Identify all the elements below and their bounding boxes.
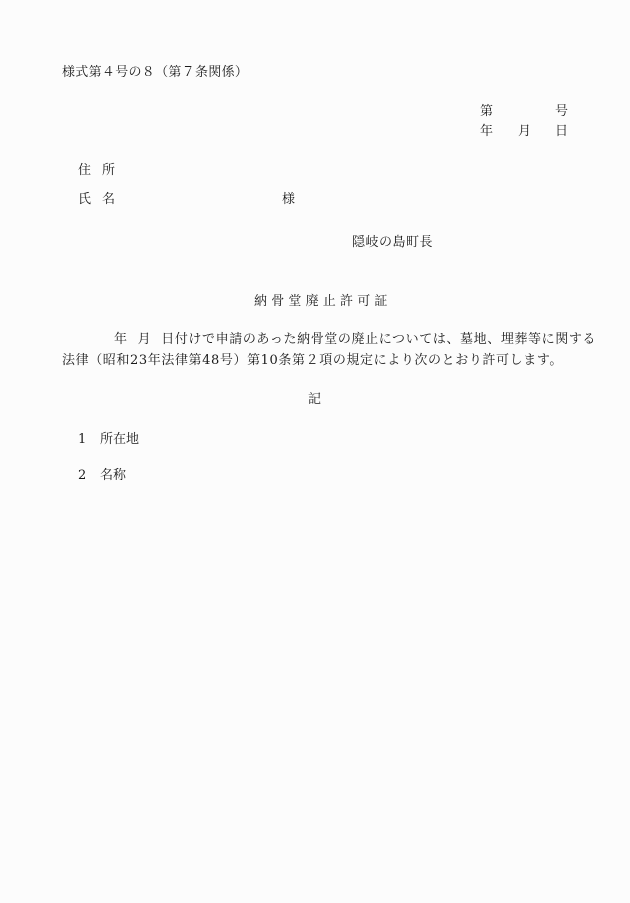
item-number: 1 [78, 432, 100, 448]
item-name: 2名称 [78, 468, 126, 484]
body-year-label: 年 [114, 332, 128, 347]
date-month-label: 月 [518, 124, 531, 140]
recipient-address-label: 住所 [78, 163, 126, 179]
body-text-line-1: 日付けで申請のあった納骨堂の廃止については、墓地、埋葬等に関する [161, 332, 596, 347]
issuer-name: 隠岐の島町長 [352, 235, 433, 251]
item-number: 2 [78, 468, 100, 484]
date-year-label: 年 [480, 124, 493, 140]
recipient-honorific: 様 [282, 192, 295, 208]
body-paragraph-line-2: 法律（昭和23年法律第48号）第10条第２項の規定により次のとおり許可します。 [62, 353, 563, 369]
item-label: 名称 [100, 468, 126, 483]
document-title: 納骨堂廃止許可証 [254, 294, 392, 310]
reference-number-prefix: 第 [480, 104, 493, 120]
body-month-label: 月 [138, 332, 152, 347]
reference-number-suffix: 号 [555, 104, 568, 120]
form-number: 様式第４号の８（第７条関係） [62, 65, 248, 81]
item-location: 1所在地 [78, 432, 139, 448]
body-paragraph-line-1: 年月日付けで申請のあった納骨堂の廃止については、墓地、埋葬等に関する [62, 332, 574, 348]
item-label: 所在地 [100, 432, 139, 447]
document-page: 様式第４号の８（第７条関係） 第 号 年 月 日 住所 氏名 様 隠岐の島町長 … [0, 0, 630, 903]
date-day-label: 日 [555, 124, 568, 140]
recipient-name-label: 氏名 [78, 192, 126, 208]
ki-heading: 記 [308, 392, 321, 408]
